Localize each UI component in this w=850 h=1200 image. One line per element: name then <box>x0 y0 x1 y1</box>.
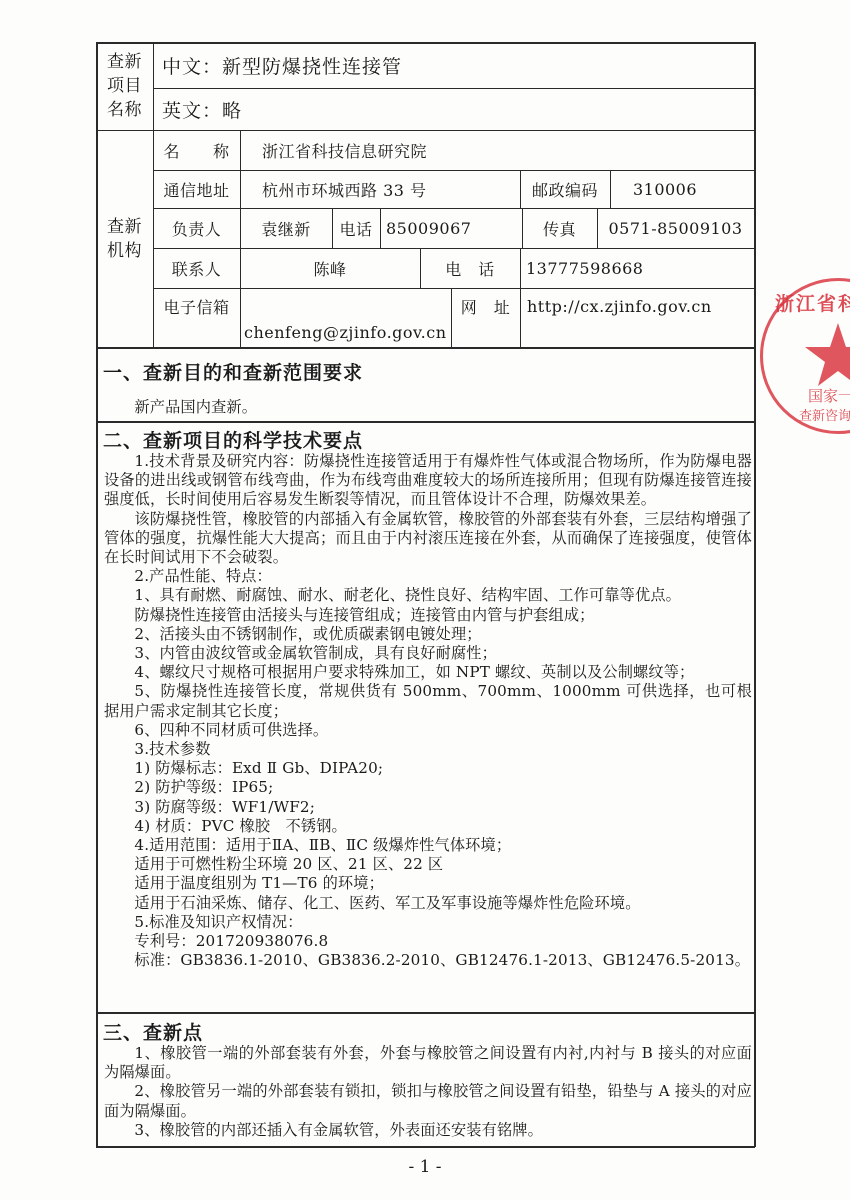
contact-value: 陈峰 <box>240 248 420 288</box>
table-border-right <box>754 42 756 348</box>
label-line: 机构 <box>107 239 142 263</box>
scope-item: 适用于温度组别为 T1—T6 的环境； <box>104 874 752 893</box>
novelty-point: 2、橡胶管另一端的外部套装有锁扣，锁扣与橡胶管之间设置有铅垫，铅垫与 A 接头的… <box>104 1082 752 1120</box>
feature-item: 3、内管由波纹管或金属软管制成，具有良好耐腐性； <box>104 644 752 663</box>
seal-top-text: 浙江省科技信 <box>771 289 850 316</box>
section-1-text: 新产品国内查新。 <box>104 398 752 417</box>
section-divider <box>96 421 755 423</box>
postcode-value: 310006 <box>610 170 720 208</box>
patent-number: 专利号：201720938076.8 <box>104 932 752 951</box>
head-phone-label: 电话 <box>332 208 380 248</box>
address-label: 通信地址 <box>153 170 240 208</box>
contact-label: 联系人 <box>153 248 240 288</box>
label-line: 项目 <box>107 74 142 98</box>
param-item: 1) 防爆标志：Exd Ⅱ Gb、DIPA20; <box>104 759 752 778</box>
novelty-point: 3、橡胶管的内部还插入有金属软管，外表面还安装有铭牌。 <box>104 1121 752 1140</box>
website-label: 网 址 <box>451 288 520 324</box>
param-item: 3) 防腐等级：WF1/WF2; <box>104 798 752 817</box>
table-border-bottom <box>96 1146 755 1148</box>
seal-line-1: 国家一级 <box>783 385 850 406</box>
body-border-right <box>754 347 756 1147</box>
feature-item: 1、具有耐燃、耐腐蚀、耐水、耐老化、挠性良好、结构牢固、工作可靠等优点。 <box>104 586 752 605</box>
org-name-value: 浙江省科技信息研究院 <box>262 130 427 170</box>
section-2-title: 二、查新项目的科学技术要点 <box>103 426 363 453</box>
feature-item: 4、螺纹尺寸规格可根据用户要求特殊加工，如 NPT 螺纹、英制以及公制螺纹等； <box>104 663 752 682</box>
website-value[interactable]: http://cx.zjinfo.gov.cn <box>527 288 712 324</box>
table-divider <box>520 248 521 288</box>
page-number: - 1 - <box>0 1157 850 1177</box>
param-item: 2) 防护等级：IP65; <box>104 778 752 797</box>
head-phone-value: 85009067 <box>386 208 471 248</box>
seal-line-2: 查新咨询专用 <box>771 405 850 424</box>
email-label: 电子信箱 <box>153 288 240 324</box>
head-value: 袁继新 <box>240 208 332 248</box>
scope-item: 适用于可燃性粉尘环境 20 区、21 区、22 区 <box>104 855 752 874</box>
section-3-body: 1、橡胶管一端的外部套装有外套，外套与橡胶管之间设置有内衬,内衬与 B 接头的对… <box>104 1044 752 1140</box>
org-name-label: 名 称 <box>153 130 240 170</box>
head-label: 负责人 <box>153 208 240 248</box>
param-item: 4) 材质：PVC 橡胶 不锈钢。 <box>104 817 752 836</box>
address-value: 杭州市环城西路 33 号 <box>262 170 427 208</box>
params-title: 3.技术参数 <box>104 740 752 759</box>
label-line: 查新 <box>107 215 142 239</box>
feature-item: 5、防爆挠性连接管长度，常规供货有 500mm、700mm、1000mm 可供选… <box>104 682 752 720</box>
background-paragraph: 1.技术背景及研究内容：防爆挠性连接管适用于有爆炸性气体或混合物场所，作为防爆电… <box>104 452 752 510</box>
ip-title: 5.标准及知识产权情况： <box>104 913 752 932</box>
official-seal-stamp: 浙江省科技信 国家一级 查新咨询专用 <box>760 278 850 434</box>
background-paragraph-2: 该防爆挠性管，橡胶管的内部插入有金属软管，橡胶管的外部套装有外套，三层结构增强了… <box>104 510 752 568</box>
table-divider <box>153 88 754 89</box>
email-value[interactable]: chenfeng@zjinfo.gov.cn <box>244 318 447 346</box>
feature-item: 防爆挠性连接管由活接头与连接管组成；连接管由内管与护套组成； <box>104 606 752 625</box>
contact-phone-label: 电 话 <box>420 248 520 288</box>
contact-phone-value: 13777598668 <box>526 248 643 288</box>
label-line: 查新 <box>107 50 142 74</box>
english-name: 英文：略 <box>162 88 242 130</box>
section-3-title: 三、查新点 <box>103 1018 203 1045</box>
novelty-point: 1、橡胶管一端的外部套装有外套，外套与橡胶管之间设置有内衬,内衬与 B 接头的对… <box>104 1044 752 1082</box>
section-1-body: 新产品国内查新。 <box>104 398 752 417</box>
scope-item: 适用于石油采炼、储存、化工、医药、军工及军事设施等爆炸性危险环境。 <box>104 894 752 913</box>
project-name-label: 查新 项目 名称 <box>96 42 153 130</box>
feature-item: 2、活接头由不锈钢制作，或优质碳素钢电镀处理； <box>104 625 752 644</box>
feature-item: 6、四种不同材质可供选择。 <box>104 721 752 740</box>
label-line: 名称 <box>107 98 142 122</box>
table-divider <box>96 347 755 349</box>
org-label: 查新 机构 <box>96 130 153 348</box>
fax-value: 0571-85009103 <box>597 208 754 248</box>
section-divider <box>96 1012 755 1014</box>
fax-label: 传真 <box>522 208 597 248</box>
table-divider <box>520 288 521 348</box>
section-2-body: 1.技术背景及研究内容：防爆挠性连接管适用于有爆炸性气体或混合物场所，作为防爆电… <box>104 452 752 970</box>
section-1-title: 一、查新目的和查新范围要求 <box>103 358 363 385</box>
features-title: 2.产品性能、特点： <box>104 567 752 586</box>
scope-title: 4.适用范围：适用于ⅡA、ⅡB、ⅡC 级爆炸性气体环境； <box>104 836 752 855</box>
postcode-label: 邮政编码 <box>520 170 610 208</box>
body-border-left <box>96 347 98 1147</box>
table-divider <box>380 208 381 248</box>
standards-list: 标准：GB3836.1-2010、GB3836.2-2010、GB12476.1… <box>104 951 752 970</box>
chinese-name: 中文：新型防爆挠性连接管 <box>162 42 402 88</box>
